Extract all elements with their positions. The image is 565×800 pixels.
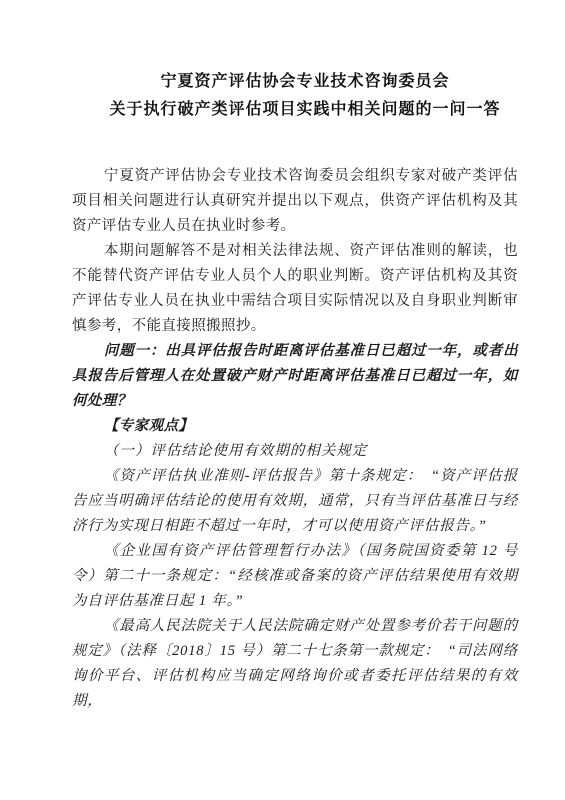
quote-appraisal-practice-standard: 《资产评估执业准则-评估报告》第十条规定： “资产评估报告应当明确评估结论的使用…	[72, 464, 518, 539]
expert-view-heading: 【专家观点】	[72, 414, 518, 439]
document-title-line-2: 关于执行破产类评估项目实践中相关问题的一问一答	[92, 96, 518, 124]
document-body: 宁夏资产评估协会专业技术咨询委员会组织专家对破产类评估项目相关问题进行认真研究并…	[0, 164, 565, 714]
document-header: 宁夏资产评估协会专业技术咨询委员会 关于执行破产类评估项目实践中相关问题的一问一…	[0, 0, 565, 124]
paragraph-intro: 宁夏资产评估协会专业技术咨询委员会组织专家对破产类评估项目相关问题进行认真研究并…	[72, 164, 518, 239]
paragraph-disclaimer: 本期问题解答不是对相关法律法规、资产评估准则的解读，也不能替代资产评估专业人员个…	[72, 239, 518, 339]
document-page: 宁夏资产评估协会专业技术咨询委员会 关于执行破产类评估项目实践中相关问题的一问一…	[0, 0, 565, 800]
document-title-line-1: 宁夏资产评估协会专业技术咨询委员会	[92, 68, 518, 96]
subheading-validity-rules: （一）评估结论使用有效期的相关规定	[72, 439, 518, 464]
question-1-heading: 问题一：出具评估报告时距离评估基准日已超过一年，或者出具报告后管理人在处置破产财…	[72, 339, 518, 414]
quote-supreme-court-provision: 《最高人民法院关于人民法院确定财产处置参考价若干问题的规定》（法释〔2018〕1…	[72, 614, 518, 714]
quote-state-asset-measures: 《企业国有资产评估管理暂行办法》（国务院国资委第 12 号令）第二十一条规定：“…	[72, 539, 518, 614]
